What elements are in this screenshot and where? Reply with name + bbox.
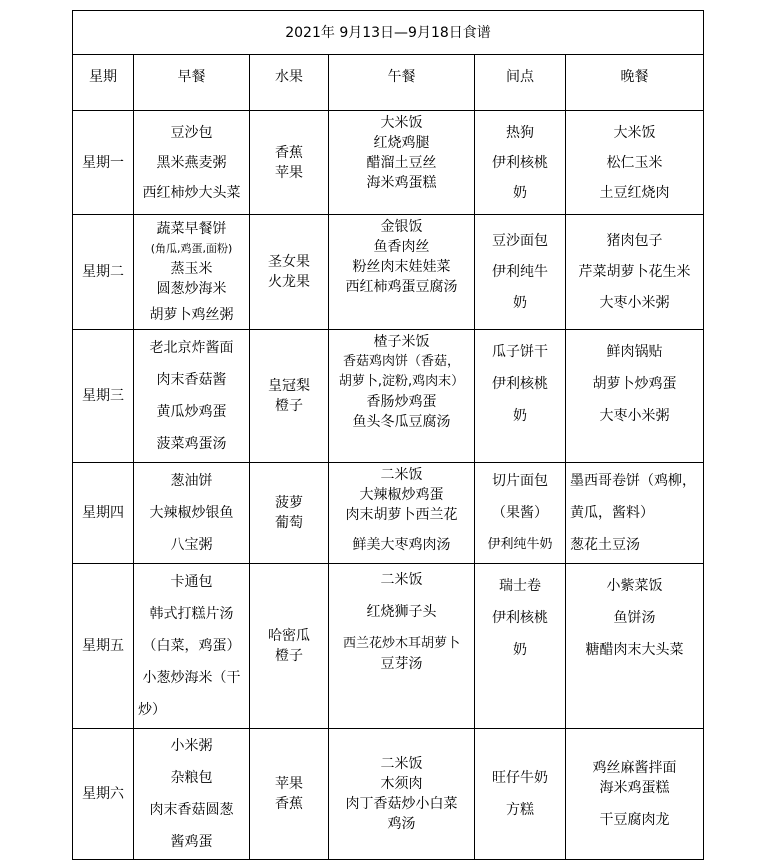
dinner-cell: 墨西哥卷饼（鸡柳， 黄瓜，酱料） 葱花土豆汤 xyxy=(566,463,704,564)
header-snack: 间点 xyxy=(475,55,566,111)
fruit: 香蕉 xyxy=(250,794,328,814)
table-row: 星期三 老北京炸酱面 肉末香菇酱 黄瓜炒鸡蛋 菠菜鸡蛋汤 皇冠梨 橙子 楂子米饭… xyxy=(73,330,704,463)
snack-cell: 瓜子饼干 伊利核桃 奶 xyxy=(475,330,566,463)
dish: 葱花土豆汤 xyxy=(570,529,703,561)
dish: 红烧鸡腿 xyxy=(329,133,474,153)
dish: 豆芽汤 xyxy=(329,654,474,674)
dish: 鱼头冬瓜豆腐汤 xyxy=(329,412,474,432)
dish: 伊利核桃 xyxy=(475,368,565,400)
dish: 大米饭 xyxy=(566,118,703,148)
dish: 鱼香肉丝 xyxy=(329,237,474,257)
day-cell: 星期三 xyxy=(73,330,134,463)
dish: 西红柿炒大头菜 xyxy=(134,178,249,208)
menu-table: 2021年 9月13日—9月18日食谱 星期 早餐 水果 午餐 间点 晚餐 星期… xyxy=(72,10,704,860)
header-lunch: 午餐 xyxy=(329,55,475,111)
dish: （果酱） xyxy=(475,497,565,529)
fruit-cell: 菠萝 葡萄 xyxy=(250,463,329,564)
dish: 小紫菜饭 xyxy=(566,570,703,602)
dish: 大枣小米粥 xyxy=(566,288,703,319)
dish: 菠菜鸡蛋汤 xyxy=(134,428,249,460)
fruit-cell: 圣女果 火龙果 xyxy=(250,215,329,330)
fruit: 哈密瓜 xyxy=(250,626,328,646)
dish: 楂子米饭 xyxy=(329,332,474,352)
dish: 鱼饼汤 xyxy=(566,602,703,634)
dish: 黑米燕麦粥 xyxy=(134,148,249,178)
dish: 韩式打糕片汤 xyxy=(134,598,249,630)
table-row: 星期五 卡通包 韩式打糕片汤 （白菜，鸡蛋） 小葱炒海米（干 炒） 哈密瓜 橙子… xyxy=(73,564,704,729)
fruit: 圣女果 xyxy=(250,252,328,272)
dish: 圆葱炒海米 xyxy=(134,279,249,299)
dish: 八宝粥 xyxy=(134,529,249,561)
dish: 鲜美大枣鸡肉汤 xyxy=(329,535,474,555)
day-cell: 星期六 xyxy=(73,729,134,860)
dish: 伊利核桃 xyxy=(475,148,565,178)
dish: 旺仔牛奶 xyxy=(475,762,565,794)
dish: 大辣椒炒鸡蛋 xyxy=(329,485,474,505)
header-day: 星期 xyxy=(73,55,134,111)
lunch-cell: 二米饭 红烧狮子头 西兰花炒木耳胡萝卜 豆芽汤 xyxy=(329,564,475,729)
table-row: 星期二 蔬菜早餐饼 (角瓜,鸡蛋,面粉) 蒸玉米 圆葱炒海米 胡萝卜鸡丝粥 圣女… xyxy=(73,215,704,330)
dish: 奶 xyxy=(475,634,565,666)
breakfast-cell: 卡通包 韩式打糕片汤 （白菜，鸡蛋） 小葱炒海米（干 炒） xyxy=(134,564,250,729)
fruit: 橙子 xyxy=(250,646,328,666)
day-cell: 星期五 xyxy=(73,564,134,729)
fruit: 菠萝 xyxy=(250,493,328,513)
table-row: 星期四 葱油饼 大辣椒炒银鱼 八宝粥 菠萝 葡萄 二米饭 大辣椒炒鸡蛋 肉末胡萝… xyxy=(73,463,704,564)
fruit: 橙子 xyxy=(250,396,328,416)
dish: 小米粥 xyxy=(134,730,249,762)
fruit: 苹果 xyxy=(250,774,328,794)
snack-cell: 瑞士卷 伊利核桃 奶 xyxy=(475,564,566,729)
dish: 黄瓜炒鸡蛋 xyxy=(134,396,249,428)
fruit-cell: 哈密瓜 橙子 xyxy=(250,564,329,729)
dish: 瓜子饼干 xyxy=(475,336,565,368)
dish: 炒） xyxy=(134,694,249,726)
snack-cell: 旺仔牛奶 方糕 xyxy=(475,729,566,860)
lunch-cell: 金银饭 鱼香肉丝 粉丝肉末娃娃菜 西红柿鸡蛋豆腐汤 xyxy=(329,215,475,330)
dish: 黄瓜，酱料） xyxy=(570,497,703,529)
header-row: 星期 早餐 水果 午餐 间点 晚餐 xyxy=(73,55,704,111)
dish: 切片面包 xyxy=(475,465,565,497)
lunch-cell: 二米饭 大辣椒炒鸡蛋 肉末胡萝卜西兰花 鲜美大枣鸡肉汤 xyxy=(329,463,475,564)
dinner-cell: 鸡丝麻酱拌面 海米鸡蛋糕 干豆腐肉龙 xyxy=(566,729,704,860)
dish: 卡通包 xyxy=(134,566,249,598)
dish: 奶 xyxy=(475,288,565,319)
dish: 胡萝卜鸡丝粥 xyxy=(134,305,249,325)
dish: 奶 xyxy=(475,400,565,432)
breakfast-cell: 小米粥 杂粮包 肉末香菇圆葱 酱鸡蛋 xyxy=(134,729,250,860)
table-row: 星期六 小米粥 杂粮包 肉末香菇圆葱 酱鸡蛋 苹果 香蕉 二米饭 木须肉 肉丁香… xyxy=(73,729,704,860)
dinner-cell: 猪肉包子 芹菜胡萝卜花生米 大枣小米粥 xyxy=(566,215,704,330)
lunch-cell: 楂子米饭 香菇鸡肉饼（香菇， 胡萝卜,淀粉,鸡肉末） 香肠炒鸡蛋 鱼头冬瓜豆腐汤 xyxy=(329,330,475,463)
dish: 小葱炒海米（干 xyxy=(134,662,249,694)
dish: 老北京炸酱面 xyxy=(134,332,249,364)
dish: 鸡丝麻酱拌面 xyxy=(566,758,703,778)
fruit-cell: 皇冠梨 橙子 xyxy=(250,330,329,463)
dish: 豆沙包 xyxy=(134,118,249,148)
header-dinner: 晚餐 xyxy=(566,55,704,111)
dish: 伊利核桃 xyxy=(475,602,565,634)
dish: 香肠炒鸡蛋 xyxy=(329,392,474,412)
dish: 酱鸡蛋 xyxy=(134,826,249,858)
dinner-cell: 小紫菜饭 鱼饼汤 糖醋肉末大头菜 xyxy=(566,564,704,729)
snack-cell: 切片面包 （果酱） 伊利纯牛奶 xyxy=(475,463,566,564)
dish: 蔬菜早餐饼 xyxy=(134,219,249,239)
fruit: 火龙果 xyxy=(250,272,328,292)
header-fruit: 水果 xyxy=(250,55,329,111)
dish: 干豆腐肉龙 xyxy=(566,810,703,830)
day-cell: 星期一 xyxy=(73,111,134,215)
dish: 金银饭 xyxy=(329,217,474,237)
dish: 葱油饼 xyxy=(134,465,249,497)
snack-cell: 热狗 伊利核桃 奶 xyxy=(475,111,566,215)
fruit: 苹果 xyxy=(250,163,328,183)
dish: 海米鸡蛋糕 xyxy=(329,173,474,193)
dish: 猪肉包子 xyxy=(566,226,703,257)
dish: 二米饭 xyxy=(329,570,474,590)
dish: 热狗 xyxy=(475,118,565,148)
dish: 西兰花炒木耳胡萝卜 xyxy=(329,634,474,654)
dish: 鲜肉锅贴 xyxy=(566,336,703,368)
dish: 伊利纯牛奶 xyxy=(475,529,565,561)
dish: 大辣椒炒银鱼 xyxy=(134,497,249,529)
lunch-cell: 大米饭 红烧鸡腿 醋溜土豆丝 海米鸡蛋糕 xyxy=(329,111,475,215)
breakfast-cell: 豆沙包 黑米燕麦粥 西红柿炒大头菜 xyxy=(134,111,250,215)
dish-note: (角瓜,鸡蛋,面粉) xyxy=(134,239,249,259)
dish: 粉丝肉末娃娃菜 xyxy=(329,257,474,277)
dish: 松仁玉米 xyxy=(566,148,703,178)
snack-cell: 豆沙面包 伊利纯牛 奶 xyxy=(475,215,566,330)
day-cell: 星期二 xyxy=(73,215,134,330)
dish: 奶 xyxy=(475,178,565,208)
fruit: 香蕉 xyxy=(250,143,328,163)
dish: 肉末胡萝卜西兰花 xyxy=(329,505,474,525)
dish: 香菇鸡肉饼（香菇， xyxy=(329,352,474,372)
dish: 肉末香菇酱 xyxy=(134,364,249,396)
dish: 杂粮包 xyxy=(134,762,249,794)
fruit: 皇冠梨 xyxy=(250,376,328,396)
dish: 大枣小米粥 xyxy=(566,400,703,432)
dish: 豆沙面包 xyxy=(475,226,565,257)
dish: 肉末香菇圆葱 xyxy=(134,794,249,826)
breakfast-cell: 蔬菜早餐饼 (角瓜,鸡蛋,面粉) 蒸玉米 圆葱炒海米 胡萝卜鸡丝粥 xyxy=(134,215,250,330)
dish: 肉丁香菇炒小白菜 xyxy=(329,794,474,814)
breakfast-cell: 葱油饼 大辣椒炒银鱼 八宝粥 xyxy=(134,463,250,564)
dish: 伊利纯牛 xyxy=(475,257,565,288)
fruit: 葡萄 xyxy=(250,513,328,533)
table-title: 2021年 9月13日—9月18日食谱 xyxy=(73,11,704,55)
dinner-cell: 鲜肉锅贴 胡萝卜炒鸡蛋 大枣小米粥 xyxy=(566,330,704,463)
dish: 芹菜胡萝卜花生米 xyxy=(566,257,703,288)
dish: 红烧狮子头 xyxy=(329,602,474,622)
breakfast-cell: 老北京炸酱面 肉末香菇酱 黄瓜炒鸡蛋 菠菜鸡蛋汤 xyxy=(134,330,250,463)
dish: 木须肉 xyxy=(329,774,474,794)
dish: 蒸玉米 xyxy=(134,259,249,279)
dinner-cell: 大米饭 松仁玉米 土豆红烧肉 xyxy=(566,111,704,215)
dish: 墨西哥卷饼（鸡柳， xyxy=(570,465,703,497)
dish: 二米饭 xyxy=(329,465,474,485)
dish: 方糕 xyxy=(475,794,565,826)
table-row: 星期一 豆沙包 黑米燕麦粥 西红柿炒大头菜 香蕉 苹果 大米饭 红烧鸡腿 醋溜土… xyxy=(73,111,704,215)
header-breakfast: 早餐 xyxy=(134,55,250,111)
dish: 西红柿鸡蛋豆腐汤 xyxy=(329,277,474,297)
dish: 胡萝卜,淀粉,鸡肉末） xyxy=(329,372,474,392)
dish: 土豆红烧肉 xyxy=(566,178,703,208)
fruit-cell: 香蕉 苹果 xyxy=(250,111,329,215)
dish: 糖醋肉末大头菜 xyxy=(566,634,703,666)
fruit-cell: 苹果 香蕉 xyxy=(250,729,329,860)
dish: 鸡汤 xyxy=(329,814,474,834)
dish: 大米饭 xyxy=(329,113,474,133)
dish: 海米鸡蛋糕 xyxy=(566,778,703,798)
day-cell: 星期四 xyxy=(73,463,134,564)
dish: （白菜，鸡蛋） xyxy=(134,630,249,662)
dish: 胡萝卜炒鸡蛋 xyxy=(566,368,703,400)
dish: 二米饭 xyxy=(329,754,474,774)
dish: 醋溜土豆丝 xyxy=(329,153,474,173)
lunch-cell: 二米饭 木须肉 肉丁香菇炒小白菜 鸡汤 xyxy=(329,729,475,860)
dish: 瑞士卷 xyxy=(475,570,565,602)
